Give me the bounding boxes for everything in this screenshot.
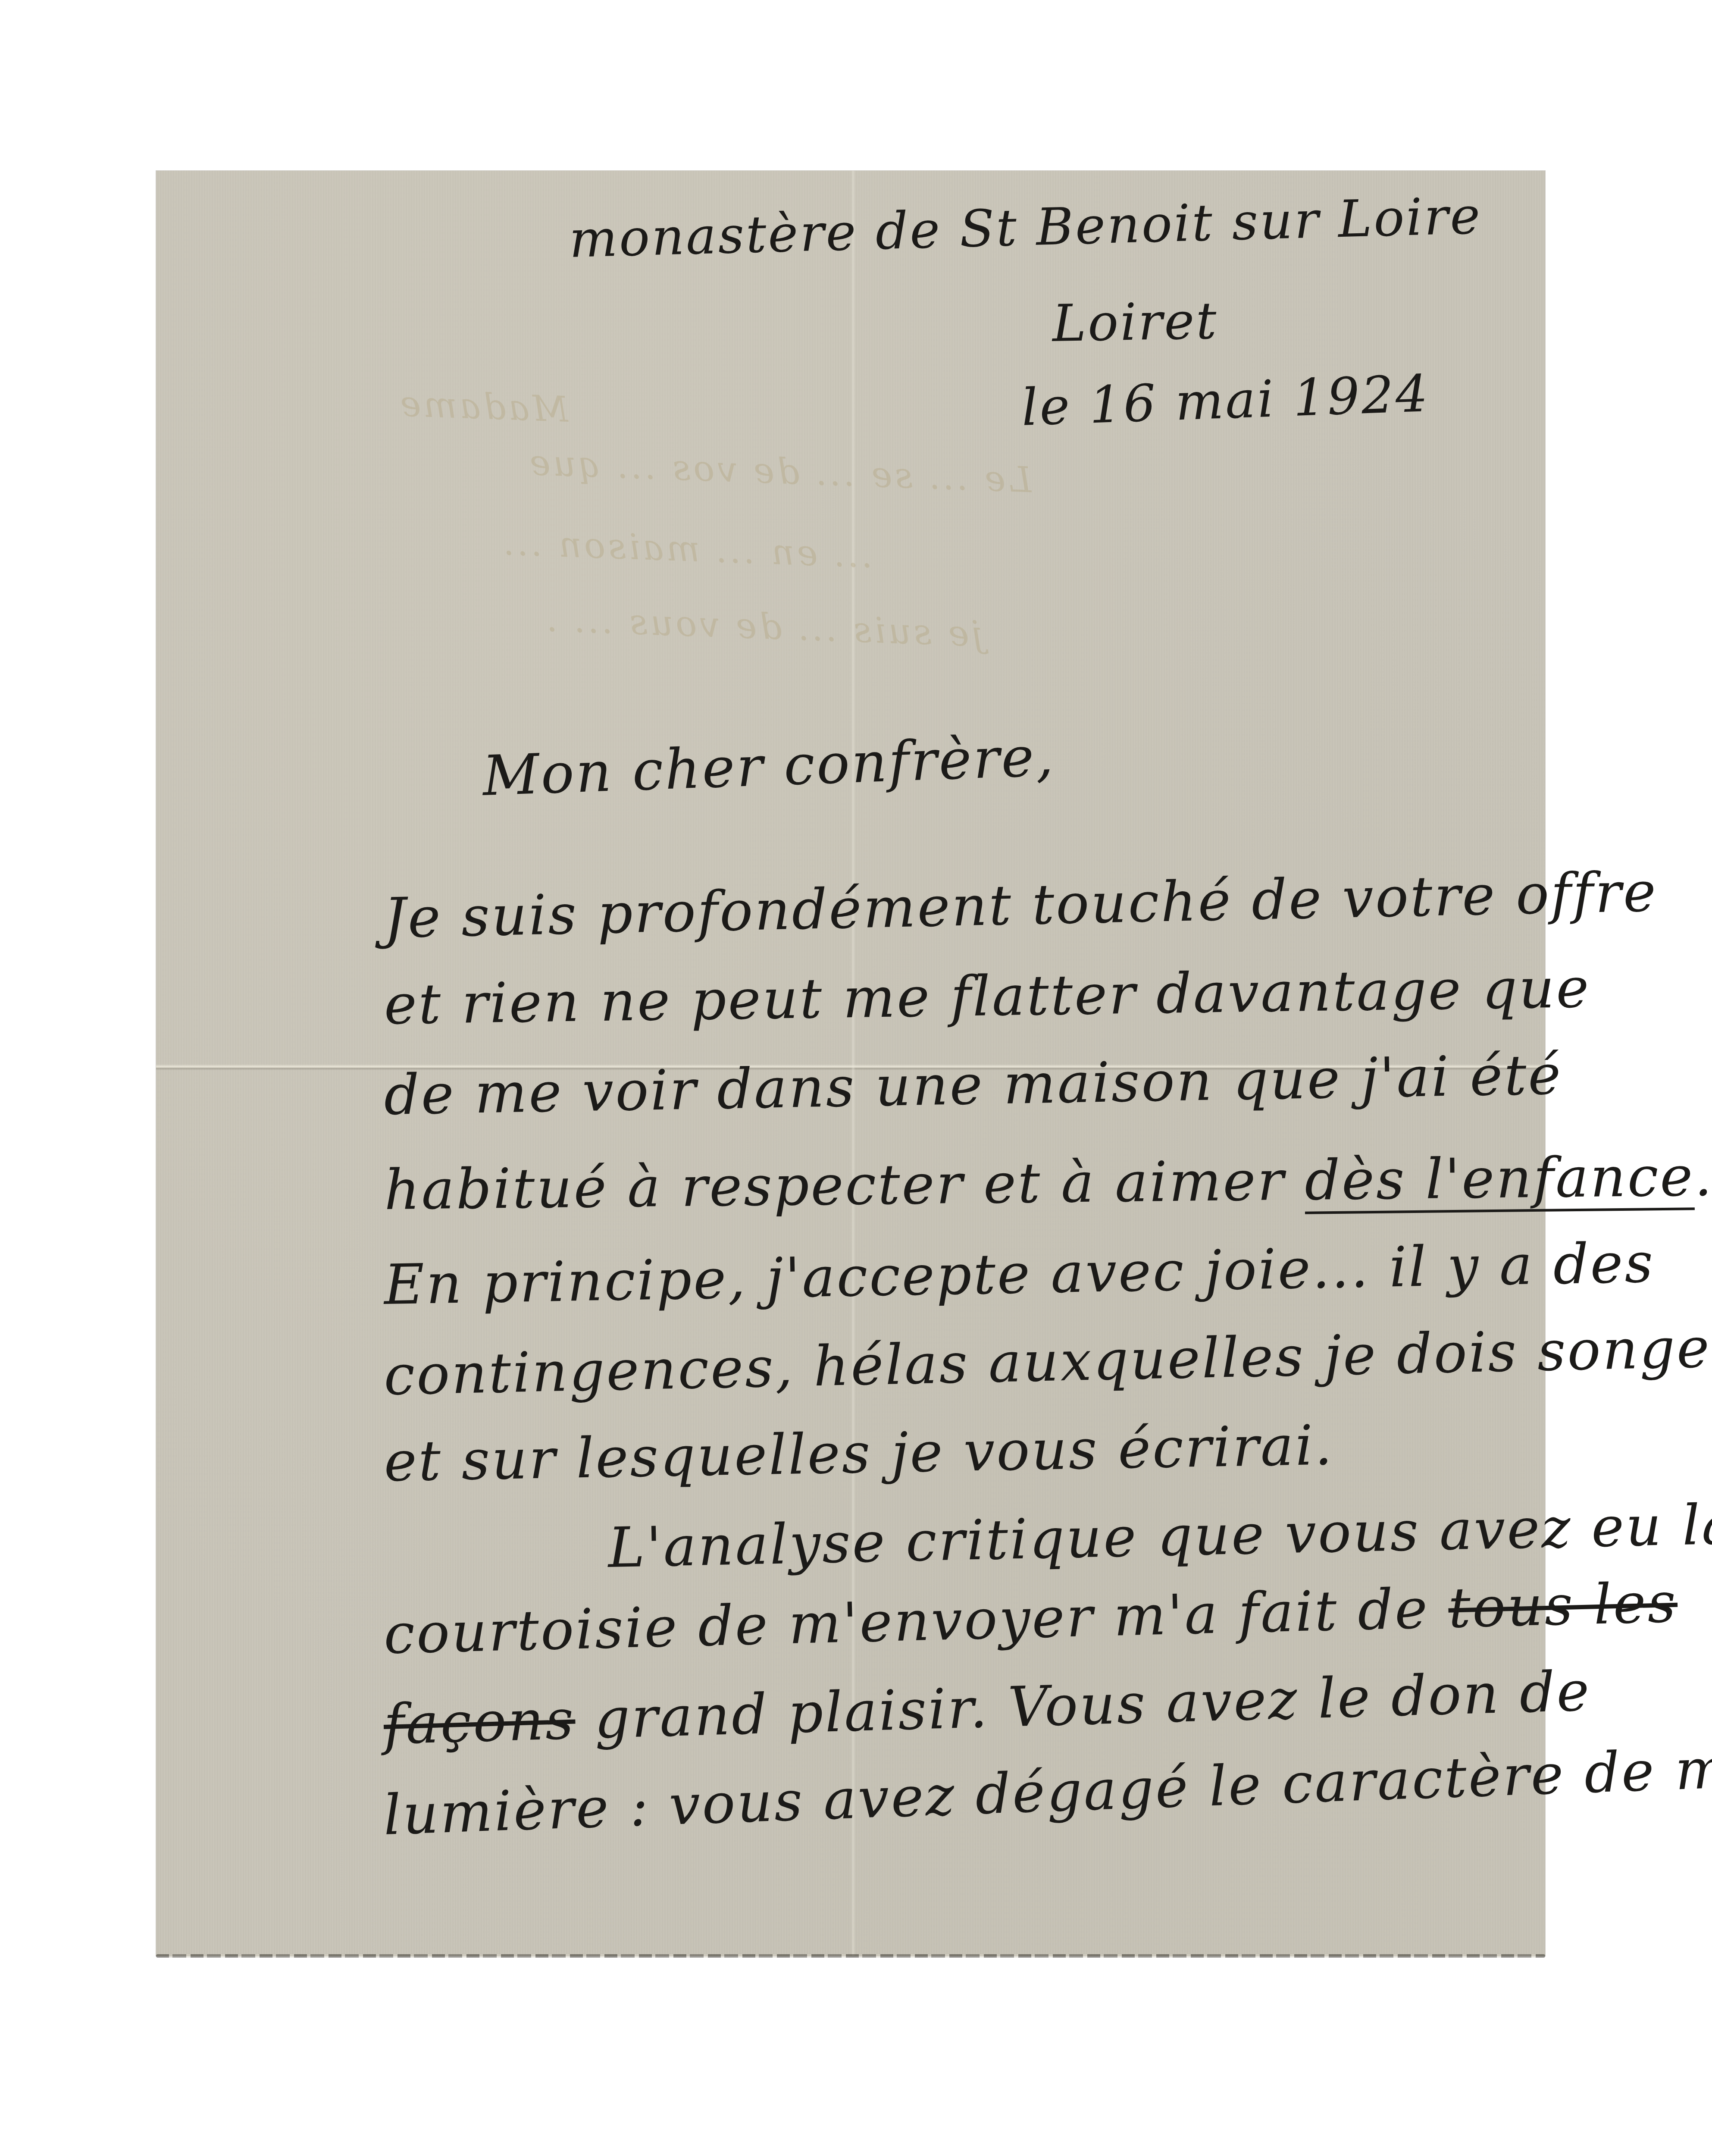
letter-body-line: et rien ne peut me flatter davantage que [384, 956, 1591, 1037]
letter-body-line: L'analyse critique que vous avez eu la [607, 1492, 1712, 1580]
letter-place-line-1: monastère de St Benoit sur Loire [568, 186, 1482, 269]
letter-text: habitué à respecter et à aimer [384, 1149, 1286, 1222]
letter-body-line: courtoisie de m'envoyer m'a fait de tous… [383, 1571, 1678, 1667]
letter-body-line: En principe, j'accepte avec joie... il y… [383, 1231, 1655, 1317]
letter-text: courtoisie de m'envoyer m'a fait de [383, 1577, 1430, 1667]
letter-body-line: habitué à respecter et à aimer dès l'enf… [384, 1144, 1712, 1222]
letter-place-line-2: Loiret [1052, 291, 1219, 353]
letter-salutation: Mon cher confrère, [482, 724, 1056, 808]
letter-body-line: contingences, hélas auxquelles je dois s… [383, 1315, 1712, 1408]
letter-body-line: de me voir dans une maison que j'ai été [383, 1043, 1563, 1128]
bleed-through-text: ... en ... maison ... [501, 522, 874, 576]
bleed-through-text: Madame [397, 383, 569, 430]
letter-text: . [1694, 1144, 1712, 1209]
letter-paper: Madame Le ... se ... de vos ... que ... … [156, 171, 1545, 1956]
bleed-through-text: Le ... se ... de vos ... que [526, 442, 1033, 501]
underlined-text: dès l'enfance [1304, 1144, 1694, 1213]
letter-body-line: Je suis profondément touché de votre off… [383, 860, 1658, 951]
letter-body-line: et sur lesquelles je vous écrirai. [383, 1413, 1334, 1494]
struck-text: tous les [1448, 1571, 1678, 1641]
bleed-through-text: je suis ... de vous ... . [544, 599, 983, 655]
struck-text: façons [383, 1688, 576, 1757]
letter-date: le 16 mai 1924 [1020, 364, 1430, 437]
letter-text: grand plaisir. Vous avez le don de [594, 1659, 1592, 1751]
letter-body-line: façons grand plaisir. Vous avez le don d… [383, 1659, 1592, 1757]
